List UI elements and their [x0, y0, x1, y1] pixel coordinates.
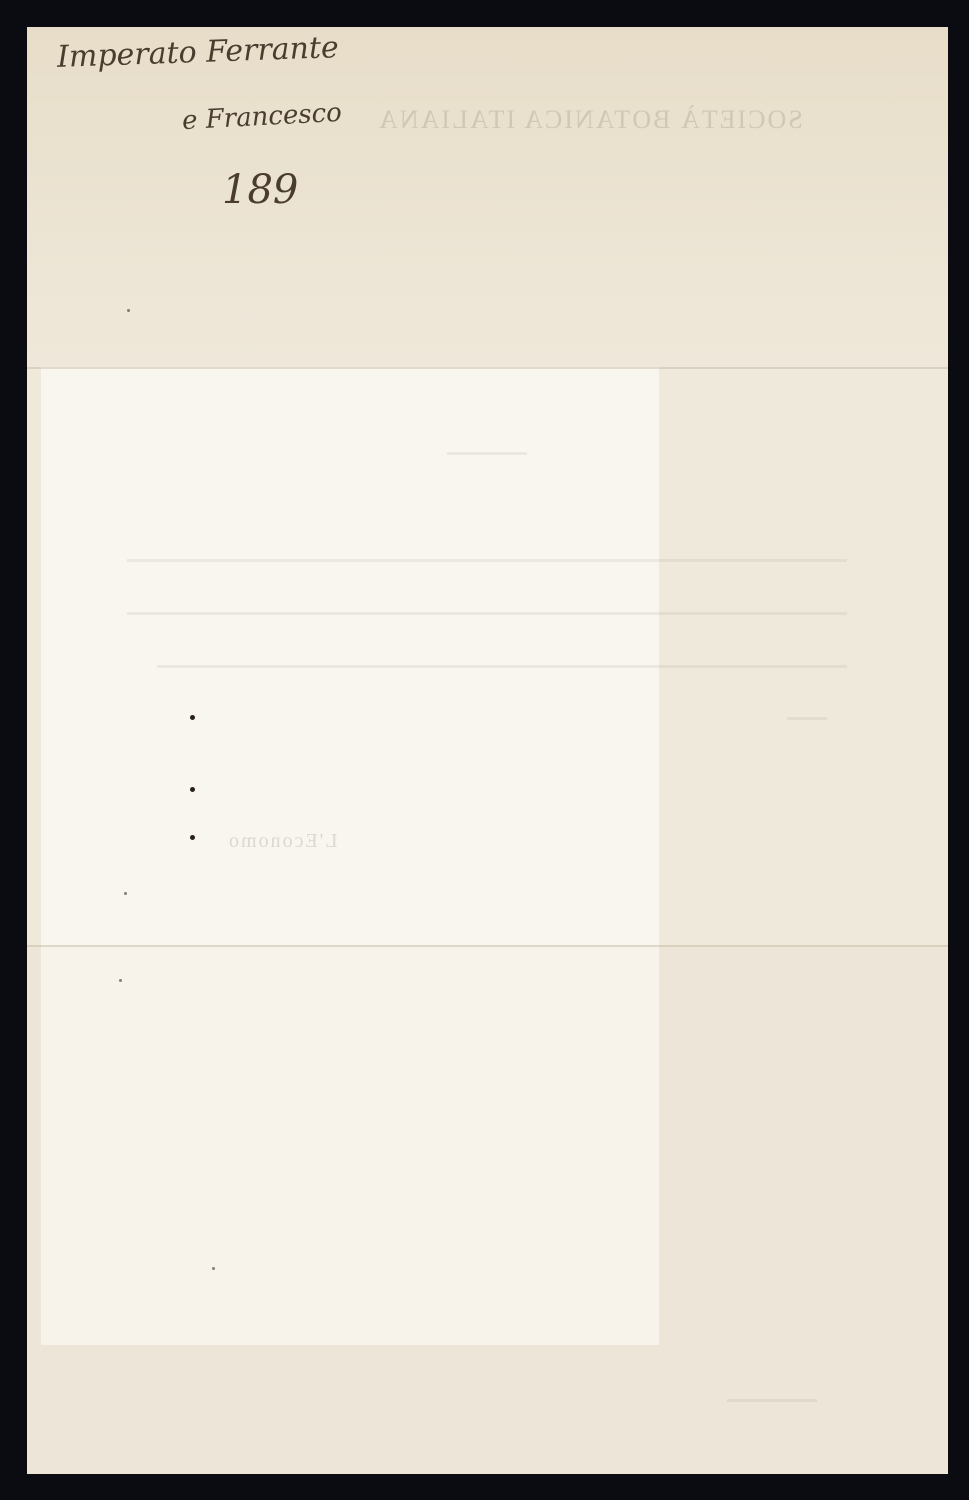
paper-sheet: SOCIETÀ BOTANICA ITALIANA L'Economo Impe…: [27, 27, 948, 1474]
show-through-line: [727, 1399, 817, 1402]
handwritten-number: 189: [222, 167, 298, 213]
middle-light-panel: [41, 367, 659, 945]
pinhole: [190, 835, 195, 840]
top-fold-panel: [27, 27, 948, 367]
show-through-header: SOCIETÀ BOTANICA ITALIANA: [377, 105, 803, 135]
paper-speck: [119, 979, 122, 982]
paper-speck: [212, 1267, 215, 1270]
show-through-line: [157, 665, 847, 668]
fold-line-lower: [27, 945, 948, 947]
show-through-line: [127, 559, 847, 562]
paper-speck: [124, 892, 127, 895]
show-through-line: [787, 717, 827, 720]
pinhole: [190, 787, 195, 792]
show-through-economo: L'Economo: [227, 830, 337, 853]
paper-speck: [127, 309, 130, 312]
fold-line-upper: [27, 367, 948, 369]
show-through-line: [447, 452, 527, 455]
show-through-line: [127, 612, 847, 615]
pinhole: [190, 715, 195, 720]
lower-light-panel: [41, 945, 659, 1345]
